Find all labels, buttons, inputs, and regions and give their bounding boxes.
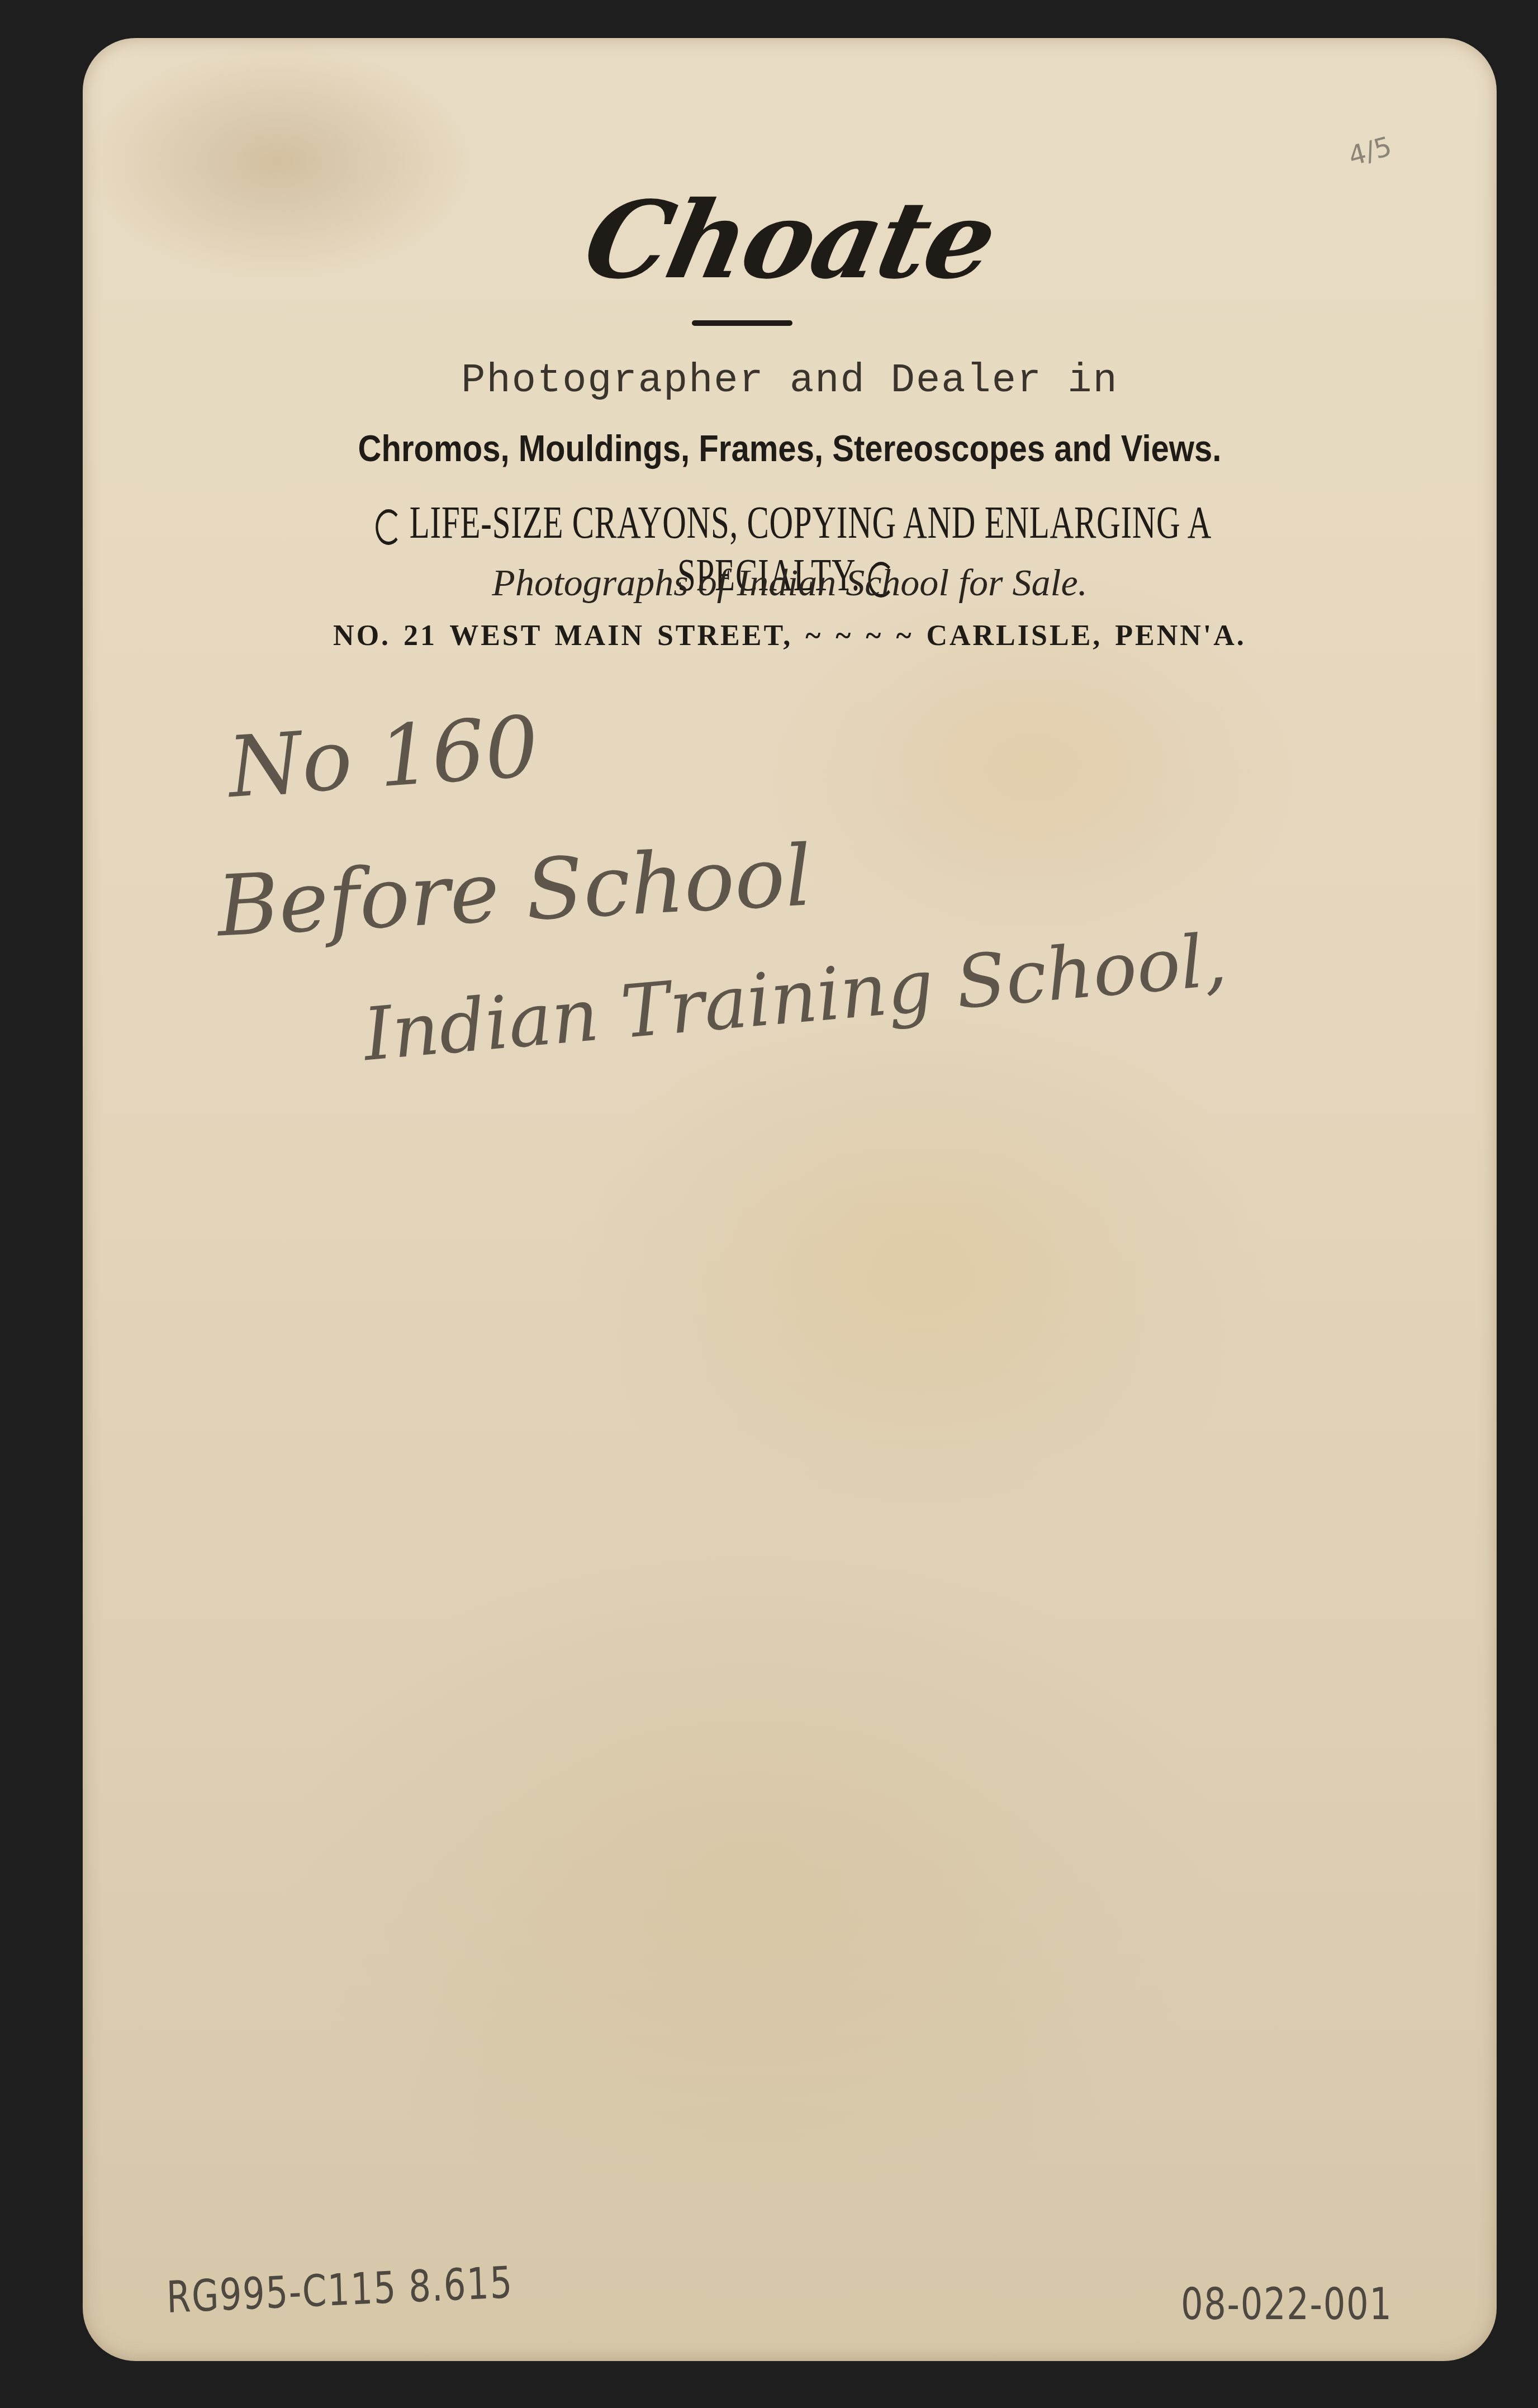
photographer-brand: Choate [69, 178, 1509, 302]
imprint-goods: Chromos, Mouldings, Frames, Stereoscopes… [168, 427, 1412, 470]
imprint-address: NO. 21 WEST MAIN STREET, ~ ~ ~ ~ CARLISL… [83, 619, 1497, 652]
pencil-accession-number: 08-022-001 [1181, 2279, 1393, 2330]
pencil-price-mark: 4/5 [1345, 131, 1395, 172]
brand-underline [692, 320, 792, 326]
handwritten-title-line1: Before School [215, 827, 814, 955]
handwritten-number: No 160 [225, 698, 542, 817]
left-ornament-icon [376, 509, 401, 545]
imprint-notice: Photographs of Indian School for Sale. [83, 561, 1497, 605]
imprint-tagline: Photographer and Dealer in [83, 358, 1497, 404]
cabinet-card-back: Choate Photographer and Dealer in Chromo… [83, 38, 1497, 2361]
pencil-catalog-number: RG995-C115 8.615 [166, 2258, 514, 2323]
